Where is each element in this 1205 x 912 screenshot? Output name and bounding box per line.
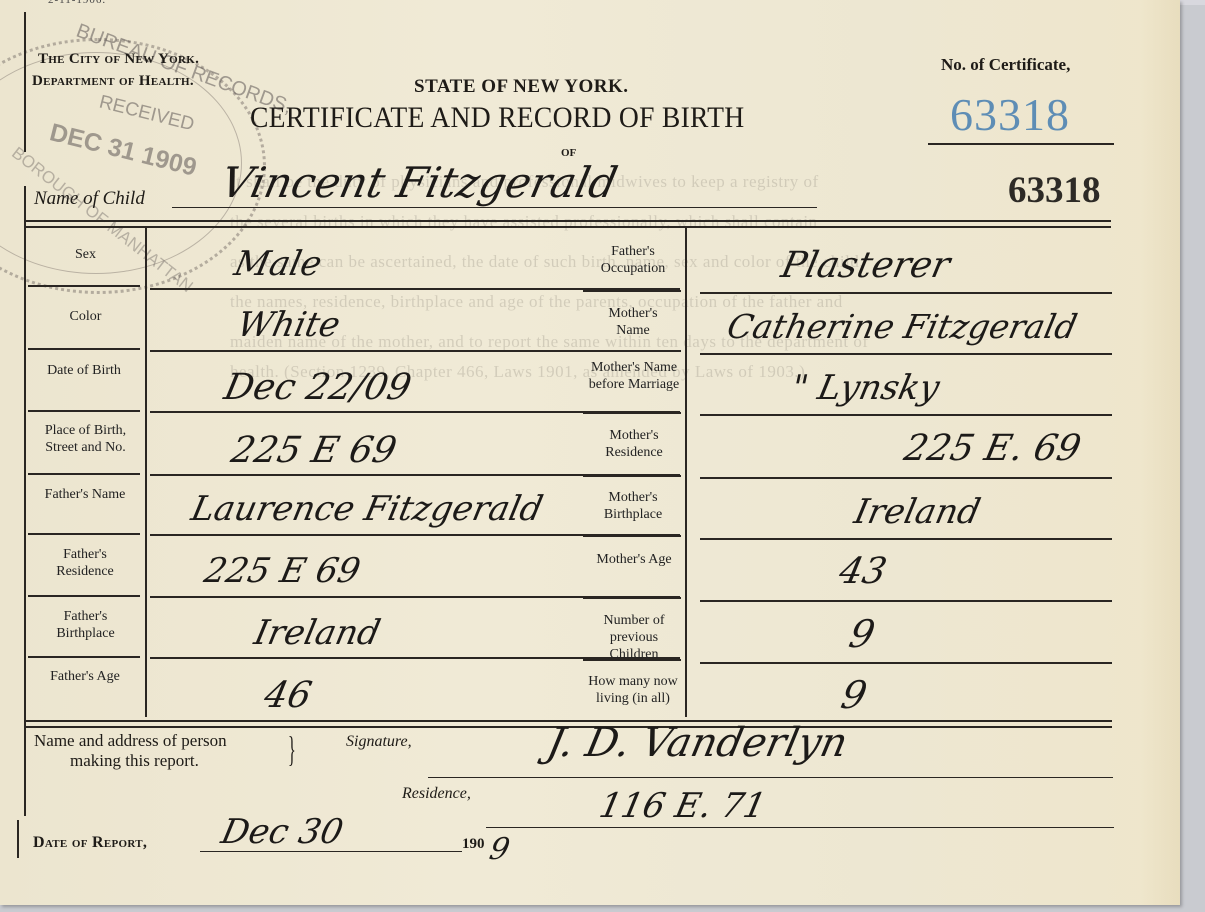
value-children-living: 9: [837, 673, 871, 717]
left-border: [24, 12, 26, 152]
residence-label: Residence,: [402, 785, 471, 803]
signature-value: J. D. Vanderlyn: [543, 720, 852, 766]
date-of-report-value: Dec 30: [218, 812, 347, 852]
label-date-of-birth: Date of Birth: [44, 362, 124, 379]
row-rule: [28, 348, 140, 350]
date-of-report-label: Date of Report,: [33, 834, 147, 852]
brace-icon: }: [288, 728, 296, 770]
left-border: [24, 186, 26, 816]
value-fathers-name: Laurence Fitzgerald: [188, 489, 547, 529]
row-rule: [28, 656, 140, 658]
left-border-bottom: [17, 820, 19, 858]
value-mothers-name: Catherine Fitzgerald: [724, 307, 1081, 346]
birth-certificate: 2-11-1906. It shall be the duty of physi…: [0, 0, 1180, 905]
row-rule: [700, 662, 1112, 664]
form-number: 2-11-1906.: [48, 0, 106, 6]
table-top-rule: [26, 220, 1111, 222]
row-rule: [28, 285, 140, 287]
background-text-line: as the same can be ascertained, the date…: [230, 252, 864, 272]
child-name-value: Vincent Fitzgerald: [217, 158, 622, 207]
label-children-living: How many now living (in all): [583, 673, 683, 707]
row-rule: [700, 414, 1112, 416]
table-top-rule-double: [26, 226, 1111, 228]
label-fathers-birthplace: Father's Birthplace: [38, 608, 133, 642]
value-mothers-maiden-name: " Lynsky: [788, 368, 943, 408]
row-rule: [583, 350, 681, 352]
row-rule: [700, 477, 1112, 479]
table-column-divider: [145, 227, 147, 717]
label-mothers-residence: Mother's Residence: [593, 427, 675, 461]
child-name-underline: [172, 207, 817, 208]
certificate-number-stamped: 63318: [950, 88, 1070, 141]
row-rule: [28, 473, 140, 475]
row-rule: [583, 535, 681, 537]
label-mothers-birthplace: Mother's Birthplace: [583, 489, 683, 523]
value-fathers-age: 46: [261, 675, 316, 716]
department-header: Department of Health.: [32, 73, 194, 90]
document-title: CERTIFICATE AND RECORD OF BIRTH: [250, 101, 744, 135]
row-rule: [28, 595, 140, 597]
value-place-of-birth: 225 E 69: [228, 430, 400, 471]
label-place-of-birth: Place of Birth, Street and No.: [28, 422, 143, 456]
city-header: The City of New York.: [38, 51, 199, 68]
label-mothers-maiden-name: Mother's Name before Marriage: [586, 359, 682, 393]
value-mothers-birthplace: Ireland: [851, 492, 984, 532]
label-fathers-occupation: Father's Occupation: [583, 243, 683, 277]
label-fathers-name: Father's Name: [40, 486, 130, 503]
row-rule: [28, 410, 140, 412]
signature-line: [428, 777, 1113, 778]
report-year-suffix: 9: [486, 832, 513, 867]
background-text-line: the several births in which they have as…: [230, 212, 818, 232]
residence-value: 116 E. 71: [596, 786, 770, 826]
value-mothers-age: 43: [836, 551, 891, 592]
child-name-label: Name of Child: [34, 188, 145, 210]
certificate-number-label: No. of Certificate,: [941, 55, 1070, 75]
certificate-number-printed: 63318: [1008, 169, 1101, 212]
label-previous-children: Number of previous Children: [586, 612, 682, 663]
value-fathers-residence: 225 E 69: [201, 551, 364, 591]
row-rule: [583, 475, 681, 477]
reporter-label: Name and address of person making this r…: [34, 731, 227, 771]
row-rule: [700, 600, 1112, 602]
value-color: White: [234, 305, 344, 345]
label-color: Color: [28, 308, 143, 325]
label-mothers-age: Mother's Age: [593, 551, 675, 568]
row-rule: [700, 292, 1112, 294]
value-previous-children: 9: [845, 612, 879, 656]
signature-label: Signature,: [346, 733, 412, 751]
row-rule: [583, 597, 681, 599]
row-rule: [583, 412, 681, 414]
label-fathers-residence: Father's Residence: [40, 546, 130, 580]
row-rule: [700, 538, 1112, 540]
certificate-number-underline: [928, 143, 1114, 145]
label-sex: Sex: [28, 246, 143, 263]
row-rule: [28, 533, 140, 535]
label-fathers-age: Father's Age: [40, 668, 130, 685]
row-rule: [700, 353, 1112, 355]
label-mothers-name: Mother's Name: [593, 305, 673, 339]
reporter-label-line2: making this report.: [34, 751, 227, 771]
value-fathers-occupation: Plasterer: [778, 245, 954, 286]
report-year-prefix: 190: [462, 836, 485, 853]
value-fathers-birthplace: Ireland: [251, 613, 384, 653]
state-header: STATE OF NEW YORK.: [414, 76, 629, 98]
row-rule: [583, 290, 681, 292]
reporter-label-line1: Name and address of person: [34, 731, 227, 751]
value-sex: Male: [231, 244, 326, 284]
row-rule: [583, 659, 681, 661]
value-date-of-birth: Dec 22/09: [221, 367, 415, 408]
residence-line: [486, 827, 1114, 828]
value-mothers-residence: 225 E. 69: [901, 428, 1085, 469]
table-column-divider: [685, 227, 687, 717]
